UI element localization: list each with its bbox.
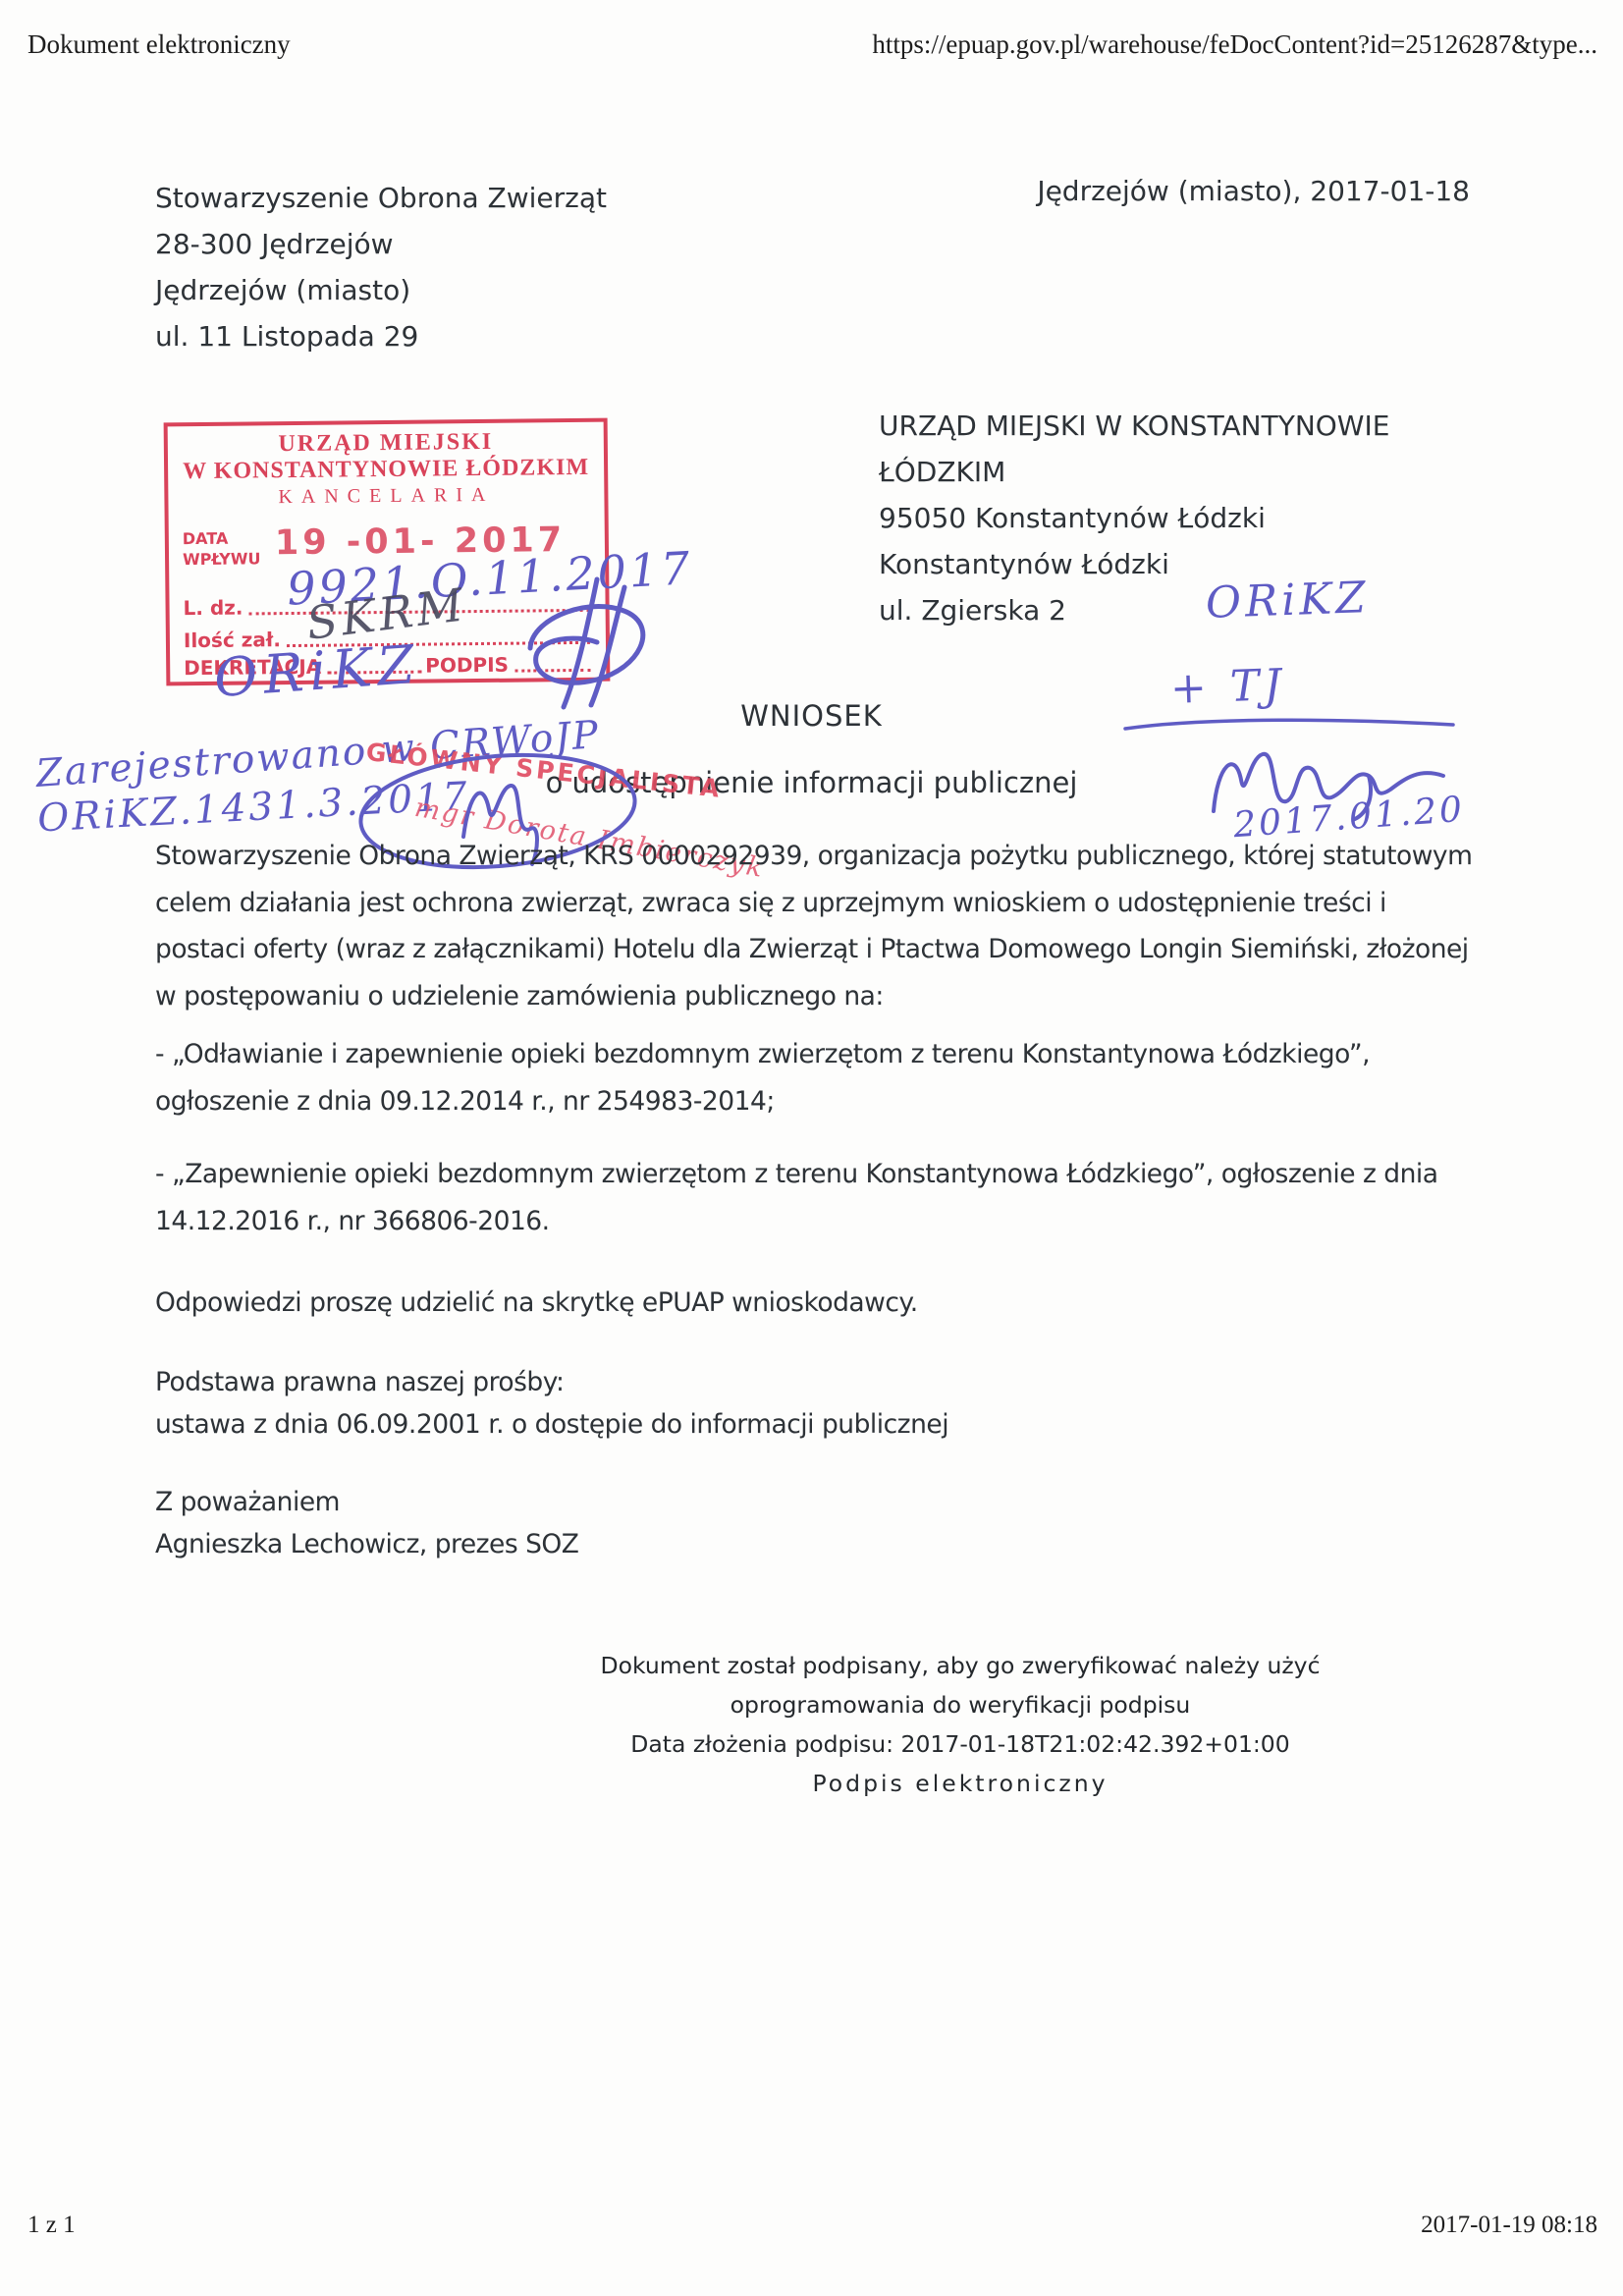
header-source-url: https://epuap.gov.pl/warehouse/feDocCont… — [872, 29, 1597, 60]
body-paragraph-reply-channel: Odpowiedzi proszę udzielić na skrytkę eP… — [155, 1280, 1483, 1327]
electronic-signature-note: Dokument został podpisany, aby go zweryf… — [587, 1652, 1333, 1809]
stamp-date-label: DATA WPŁYWU — [183, 527, 261, 570]
sender-name: Stowarzyszenie Obrona Zwierząt — [155, 175, 607, 221]
sender-postal: 28-300 Jędrzejów — [155, 221, 607, 267]
stamp-signature-label: PODPIS — [425, 653, 509, 678]
signatory-name: Agnieszka Lechowicz, prezes SOZ — [155, 1521, 1483, 1568]
body-list-item-2: - „Zapewnienie opieki bezdomnym zwierzęt… — [155, 1151, 1483, 1244]
footer-page-number: 1 z 1 — [27, 2212, 76, 2239]
recipient-name-line2: ŁÓDZKIM — [879, 449, 1389, 495]
sender-city: Jędrzejów (miasto) — [155, 267, 607, 313]
stamp-office-line3: KANCELARIA — [178, 483, 594, 510]
document-title: WNIOSEK — [0, 699, 1623, 733]
recipient-name-line1: URZĄD MIEJSKI W KONSTANTYNOWIE — [879, 403, 1389, 449]
header-document-type: Dokument elektroniczny — [27, 29, 291, 60]
legal-basis-text: ustawa z dnia 06.09.2001 r. o dostępie d… — [155, 1401, 1483, 1449]
handwritten-orikz-right: ORiKZ — [1205, 573, 1370, 629]
recipient-postal: 95050 Konstantynów Łódzki — [879, 495, 1389, 541]
stamp-signature-scribble — [503, 566, 660, 713]
stamp-ldz-label: L. dz. — [183, 596, 243, 621]
scanned-document-page: Dokument elektroniczny https://epuap.gov… — [0, 0, 1623, 2296]
stamp-office-line2: W KONSTANTYNOWIE ŁÓDZKIM — [178, 455, 594, 485]
place-date-line: Jędrzejów (miasto), 2017-01-18 — [1037, 175, 1470, 207]
handwritten-orikz-below-stamp: ORiKZ — [212, 633, 422, 709]
closing-phrase: Z poważaniem — [155, 1479, 1483, 1526]
signature-note-timestamp: Data złożenia podpisu: 2017-01-18T21:02:… — [587, 1730, 1333, 1770]
sender-address-block: Stowarzyszenie Obrona Zwierząt 28-300 Ję… — [155, 175, 607, 359]
legal-basis-label: Podstawa prawna naszej prośby: — [155, 1359, 1483, 1406]
document-subtitle: o udostępnienie informacji publicznej — [0, 766, 1623, 799]
signature-note-line1: Dokument został podpisany, aby go zweryf… — [587, 1652, 1333, 1691]
body-list-item-1: - „Odławianie i zapewnienie opieki bezdo… — [155, 1031, 1483, 1124]
signature-note-line2: oprogramowania do weryfikacji podpisu — [587, 1691, 1333, 1730]
signature-note-type: Podpis elektroniczny — [587, 1770, 1333, 1809]
body-paragraph-request: Stowarzyszenie Obrona Zwierząt, KRS 0000… — [155, 833, 1483, 1019]
footer-print-timestamp: 2017-01-19 08:18 — [1421, 2212, 1597, 2239]
sender-street: ul. 11 Listopada 29 — [155, 313, 607, 359]
